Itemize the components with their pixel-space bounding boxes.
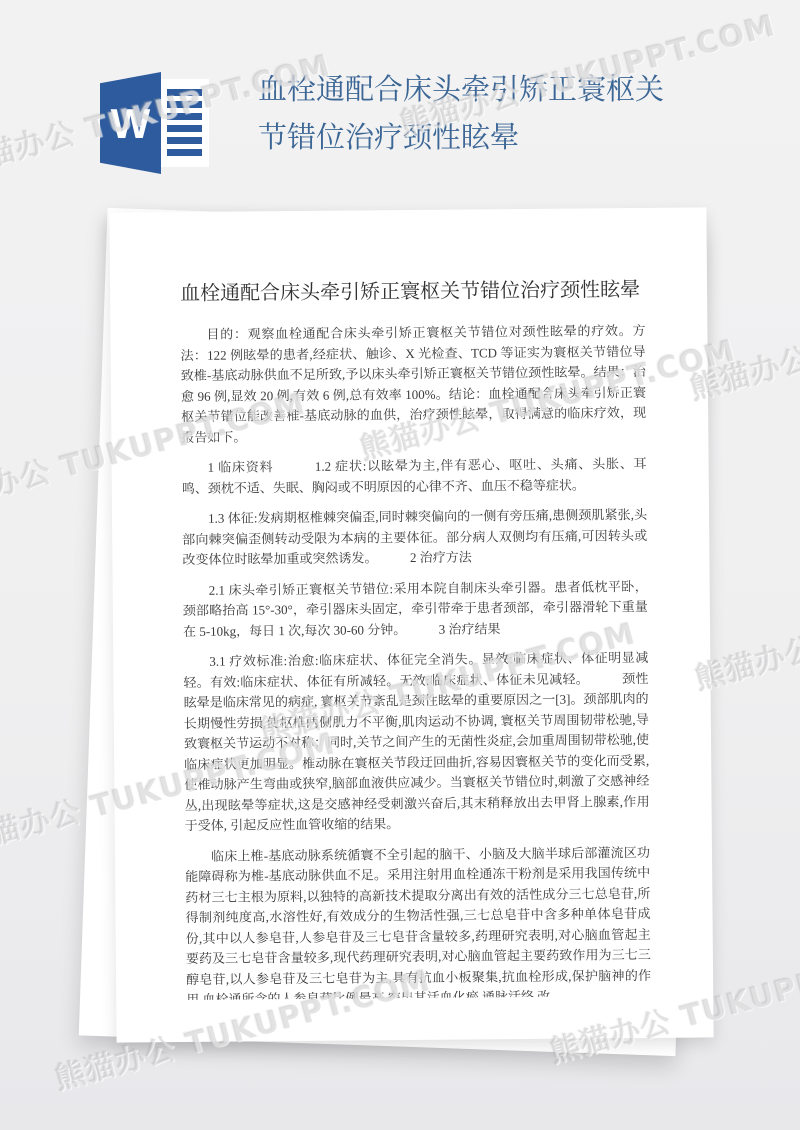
document-content: 血栓通配合床头牵引矫正寰枢关节错位治疗颈性眩晕 目的：观察血栓通配合床头牵引矫正… bbox=[180, 268, 651, 1000]
document-page-title[interactable]: 血栓通配合床头牵引矫正寰枢关节错位治疗颈性眩晕 bbox=[258, 66, 682, 162]
doc-title: 血栓通配合床头牵引矫正寰枢关节错位治疗颈性眩晕 bbox=[180, 276, 645, 309]
doc-paragraph: 3.1 疗效标准:治愈:临床症状、体征完全消失。显效:临床症状、体征明显减轻。有… bbox=[183, 648, 650, 837]
word-icon-page bbox=[156, 79, 209, 167]
header: W 血栓通配合床头牵引矫正寰枢关节错位治疗颈性眩晕 bbox=[0, 0, 800, 200]
doc-paragraph: 目的：观察血栓通配合床头牵引矫正寰枢关节错位对颈性眩晕的疗效。方法：122 例眩… bbox=[180, 321, 646, 448]
word-icon-letter: W bbox=[111, 101, 151, 145]
document-page-preview: 血栓通配合床头牵引矫正寰枢关节错位治疗颈性眩晕 目的：观察血栓通配合床头牵引矫正… bbox=[109, 207, 713, 1042]
word-icon-text-lines bbox=[167, 89, 202, 157]
page-background: 熊猫办公 TUKUPPT.COM 熊猫办公 TUKUPPT.COM 熊猫办公 T… bbox=[0, 0, 800, 1130]
doc-paragraph: 1 临床资料 1.2 症状:以眩晕为主,伴有恶心、呕吐、头痛、头胀、耳鸣、颈枕不… bbox=[182, 454, 647, 499]
word-file-icon: W bbox=[100, 72, 216, 174]
doc-paragraph: 2.1 床头牵引矫正寰枢关节错位:采用本院自制床头牵引器。患者低枕平卧，颈部略抬… bbox=[183, 576, 649, 642]
word-icon-panel: W bbox=[100, 72, 161, 174]
doc-paragraph: 临床上椎-基底动脉系统循寰不全引起的脑干、小脑及大脑半球后部灌流区功能障碍称为椎… bbox=[185, 842, 651, 1000]
doc-paragraph: 1.3 体征:发病期枢椎棘突偏歪,同时棘突偏向的一侧有旁压痛,患侧颈肌紧张,头部… bbox=[182, 505, 648, 571]
